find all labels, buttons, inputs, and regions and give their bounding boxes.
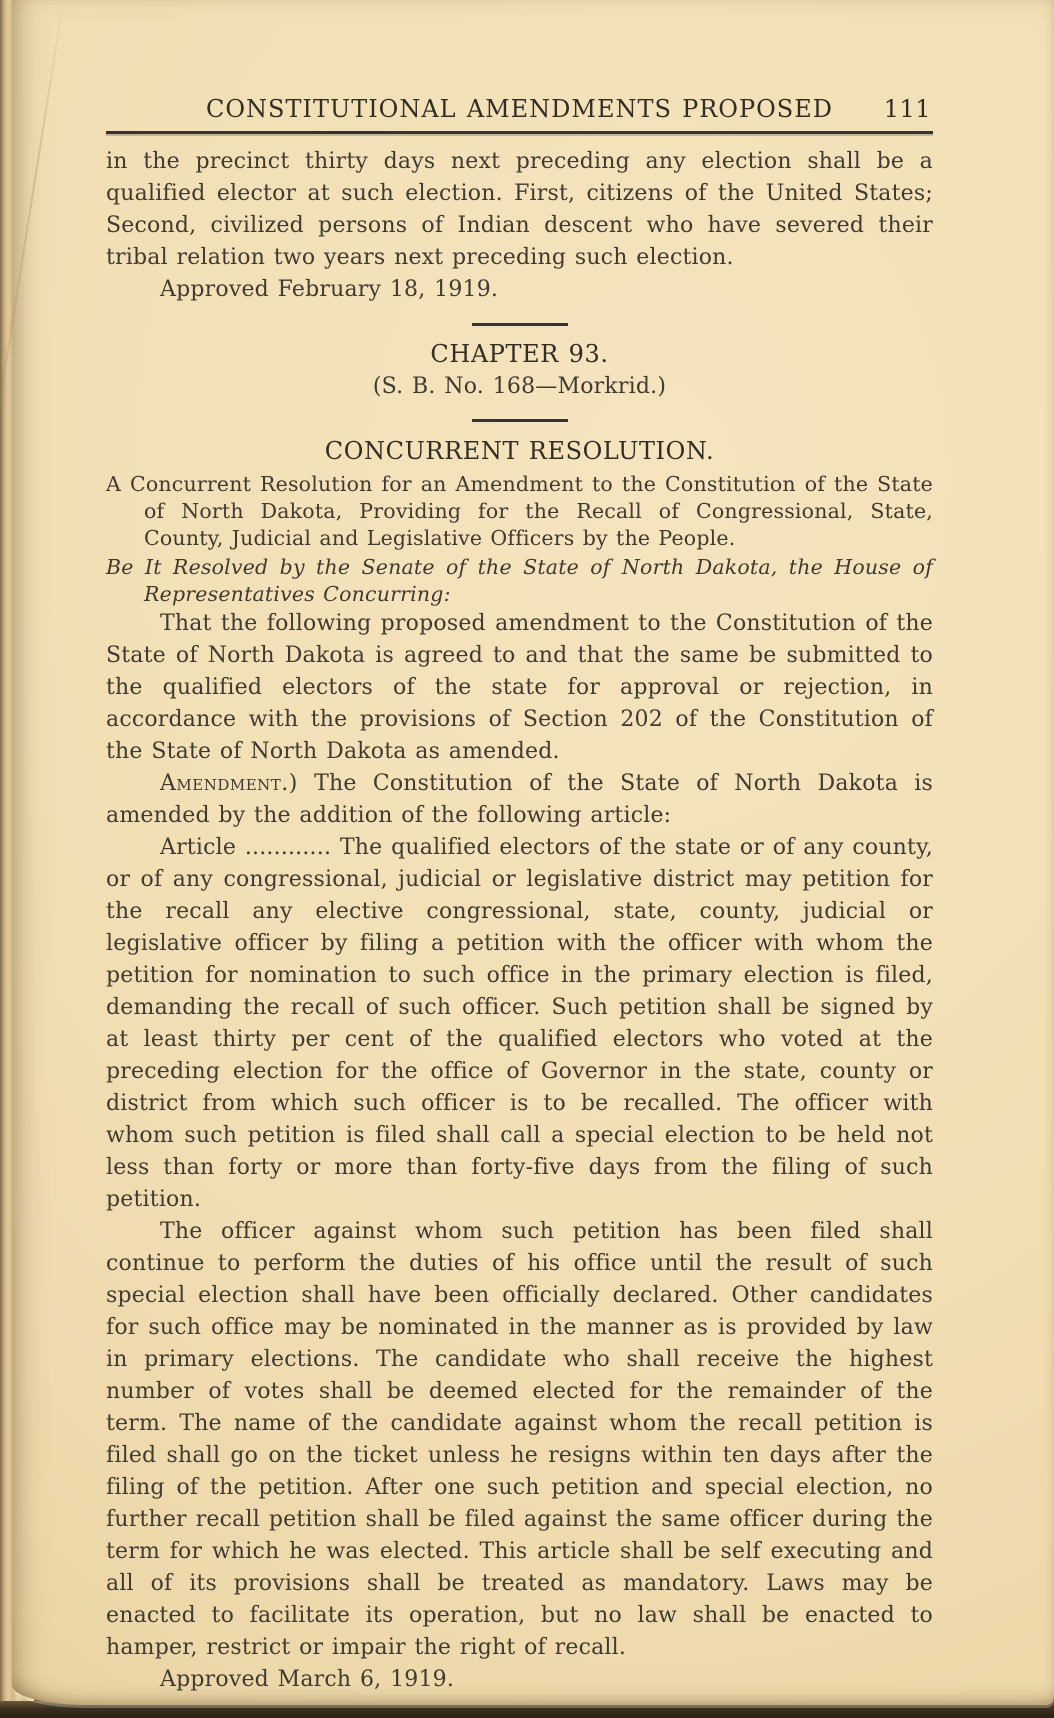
bill-number-line: (S. B. No. 168—Morkrid.) (106, 372, 933, 402)
page-content: CONSTITUTIONAL AMENDMENTS PROPOSED 111 i… (106, 92, 933, 1696)
running-header-title: CONSTITUTIONAL AMENDMENTS PROPOSED (206, 95, 833, 123)
book-scan-photo: CONSTITUTIONAL AMENDMENTS PROPOSED 111 i… (0, 0, 1054, 1718)
running-header: CONSTITUTIONAL AMENDMENTS PROPOSED 111 (106, 92, 933, 126)
approval-line-march: Approved March 6, 1919. (106, 1664, 933, 1696)
page-number: 111 (884, 92, 931, 126)
paragraph-article: Article ............ The qualified elect… (106, 832, 933, 1216)
paragraph-amendment: Amendment.) The Constitution of the Stat… (106, 768, 933, 832)
intro-paragraph: in the precinct thirty days next precedi… (106, 146, 933, 274)
header-rule (106, 131, 933, 134)
section-divider-top (472, 323, 568, 326)
paragraph-officer: The officer against whom such petition h… (106, 1216, 933, 1664)
resolution-summary: A Concurrent Resolution for an Amendment… (106, 471, 933, 552)
paragraph-agreement: That the following proposed amendment to… (106, 608, 933, 768)
paper-page: CONSTITUTIONAL AMENDMENTS PROPOSED 111 i… (12, 0, 1054, 1705)
approval-line-february: Approved February 18, 1919. (106, 274, 933, 306)
chapter-heading: CHAPTER 93. (106, 339, 933, 369)
resolution-heading: CONCURRENT RESOLUTION. (106, 436, 933, 466)
section-divider-bottom (472, 419, 568, 422)
enacting-clause: Be It Resolved by the Senate of the Stat… (106, 554, 933, 608)
amendment-smallcaps-lead: Amendment.) (160, 771, 298, 796)
